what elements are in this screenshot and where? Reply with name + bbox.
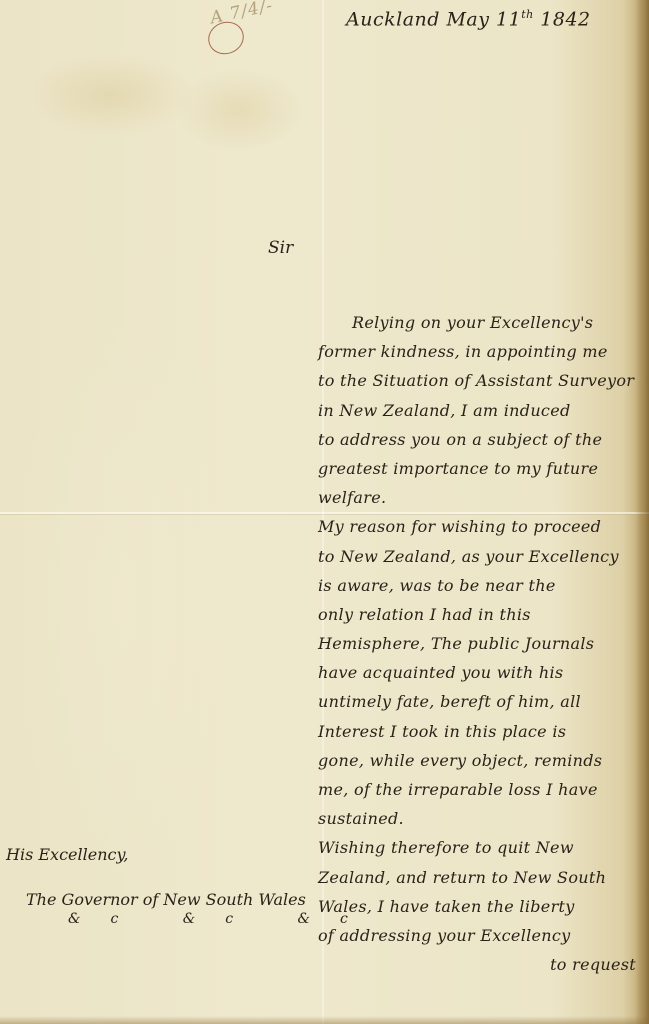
dateline: Auckland May 11th 1842 <box>346 8 591 30</box>
body-line: welfare. <box>318 483 648 512</box>
salutation: Sir <box>268 238 293 258</box>
body-line: only relation I had in this <box>318 600 648 629</box>
body-line: Relying on your Excellency's <box>318 308 648 337</box>
body-line: in New Zealand, I am induced <box>318 396 648 425</box>
dateline-day-suffix: th <box>521 8 534 21</box>
body-line: to address you on a subject of the <box>318 425 648 454</box>
body-line: untimely fate, bereft of him, all <box>318 687 648 716</box>
red-ink-mark <box>204 17 249 59</box>
body-line: is aware, was to be near the <box>318 571 648 600</box>
body-line: gone, while every object, reminds <box>318 746 648 775</box>
dateline-day: 11 <box>496 8 521 30</box>
body-line: My reason for wishing to proceed <box>318 512 648 541</box>
addressee-etc: &c &c &c <box>6 911 378 927</box>
body-line: to New Zealand, as your Excellency <box>318 542 648 571</box>
dateline-year: 1842 <box>540 8 590 30</box>
body-line: to the Situation of Assistant Surveyor <box>318 366 648 395</box>
body-line: Hemisphere, The public Journals <box>318 629 648 658</box>
body-line: me, of the irreparable loss I have <box>318 775 648 804</box>
body-line: Interest I took in this place is <box>318 717 648 746</box>
dateline-month: May <box>446 8 489 30</box>
body-line: former kindness, in appointing me <box>318 337 648 366</box>
dateline-place: Auckland <box>346 8 440 30</box>
body-line: sustained. <box>318 804 648 833</box>
body-line: have acquainted you with his <box>318 658 648 687</box>
paper-edge-shadow-bottom <box>0 1016 649 1024</box>
letter-page: A 7/4/- Auckland May 11th 1842 Sir Relyi… <box>0 0 649 1024</box>
addressee-honorific: His Excellency, <box>6 845 378 864</box>
body-line: greatest importance to my future <box>318 454 648 483</box>
addressee-block: His Excellency, The Governor of New Sout… <box>6 845 378 927</box>
addressee-title: The Governor of New South Wales <box>6 890 378 909</box>
body-line: to request <box>318 950 648 979</box>
